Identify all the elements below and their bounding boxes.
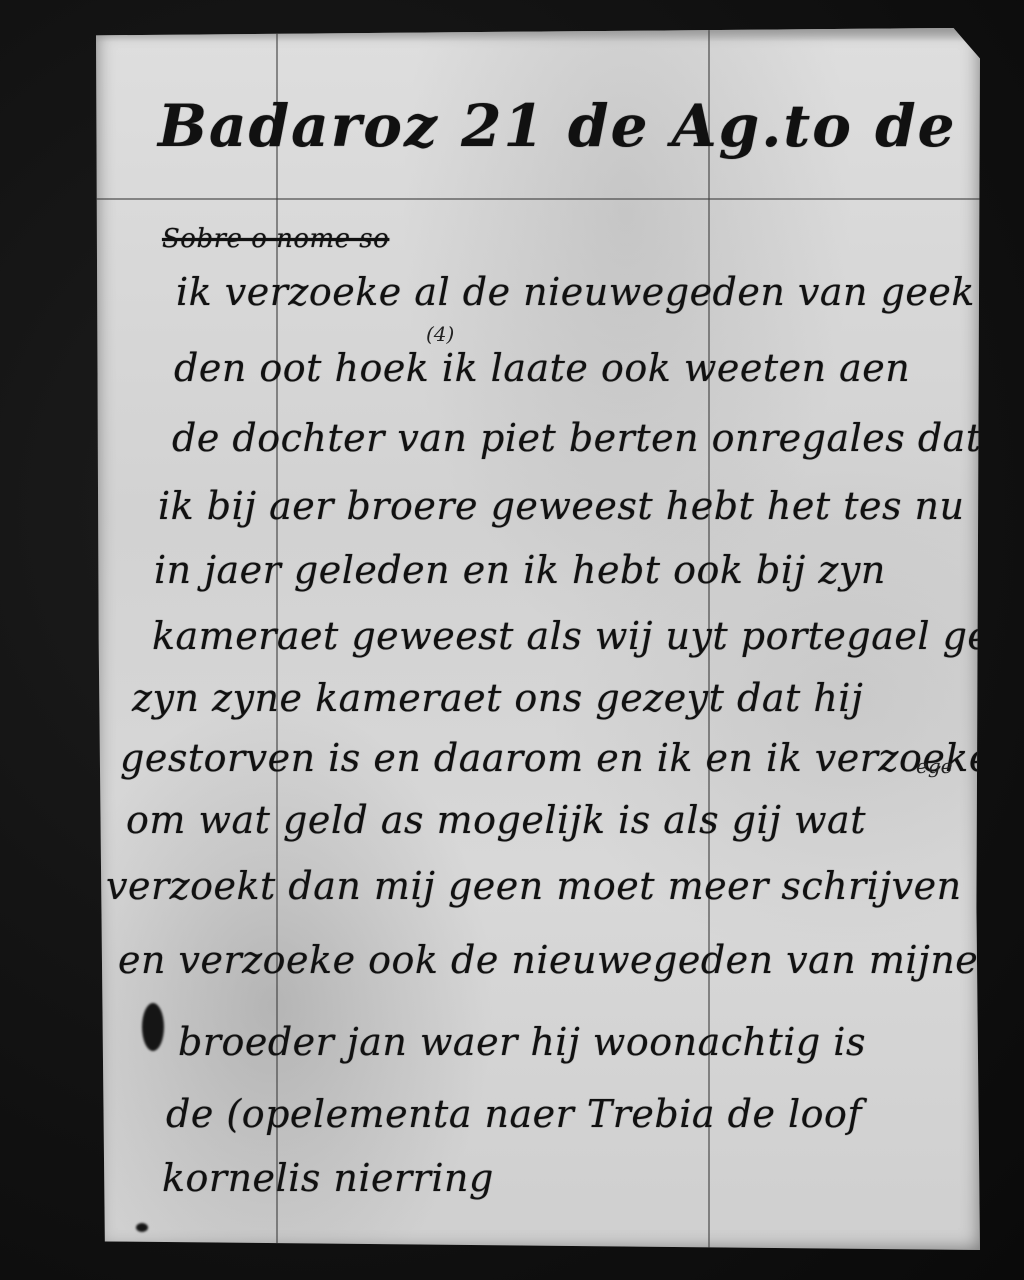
paper-edge bbox=[96, 28, 980, 42]
letter-line: zyn zyne kameraet ons gezeyt dat hij bbox=[132, 676, 863, 720]
letter-line: om wat geld as mogelijk is als gij wat bbox=[126, 798, 866, 842]
letter-line: den oot hoek ik laate ook weeten aen bbox=[174, 346, 910, 390]
letter-line: verzoekt dan mij geen moet meer schrijve… bbox=[106, 864, 962, 908]
scanned-document: Badaroz 21 de Ag.to de 1761 Sobre o nome… bbox=[0, 0, 1024, 1280]
letter-line: ik bij aer broere geweest hebt het tes n… bbox=[158, 484, 964, 528]
letter-line: kameraet geweest als wij uyt portegael g… bbox=[152, 614, 1024, 658]
struck-salutation: Sobre o nome so bbox=[162, 224, 389, 254]
ink-stain bbox=[142, 1003, 164, 1051]
letter-line: broeder jan waer hij woonachtig is bbox=[178, 1020, 866, 1064]
letter-line: de dochter van piet berten onregales dat bbox=[172, 416, 982, 460]
letter-line: de (opelementa naer Trebia de loof bbox=[166, 1092, 862, 1136]
signature: kornelis nierring bbox=[162, 1156, 494, 1200]
letter-line: in jaer geleden en ik hebt ook bij zyn bbox=[154, 548, 886, 592]
interlinear-note: ege bbox=[916, 754, 952, 778]
letter-line: ik verzoeke al de nieuwegeden van geek bbox=[176, 270, 975, 314]
ink-dot bbox=[136, 1223, 148, 1232]
fold-line-horizontal bbox=[96, 198, 980, 200]
paper-sheet: Badaroz 21 de Ag.to de 1761 Sobre o nome… bbox=[96, 28, 980, 1250]
letter-line: gestorven is en daarom en ik en ik verzo… bbox=[120, 736, 992, 780]
place-date-heading: Badaroz 21 de Ag.to de 1761 bbox=[158, 92, 1024, 160]
interlinear-note: (4) bbox=[426, 322, 454, 346]
letter-line: en verzoeke ook de nieuwegeden van mijne… bbox=[118, 938, 1003, 982]
